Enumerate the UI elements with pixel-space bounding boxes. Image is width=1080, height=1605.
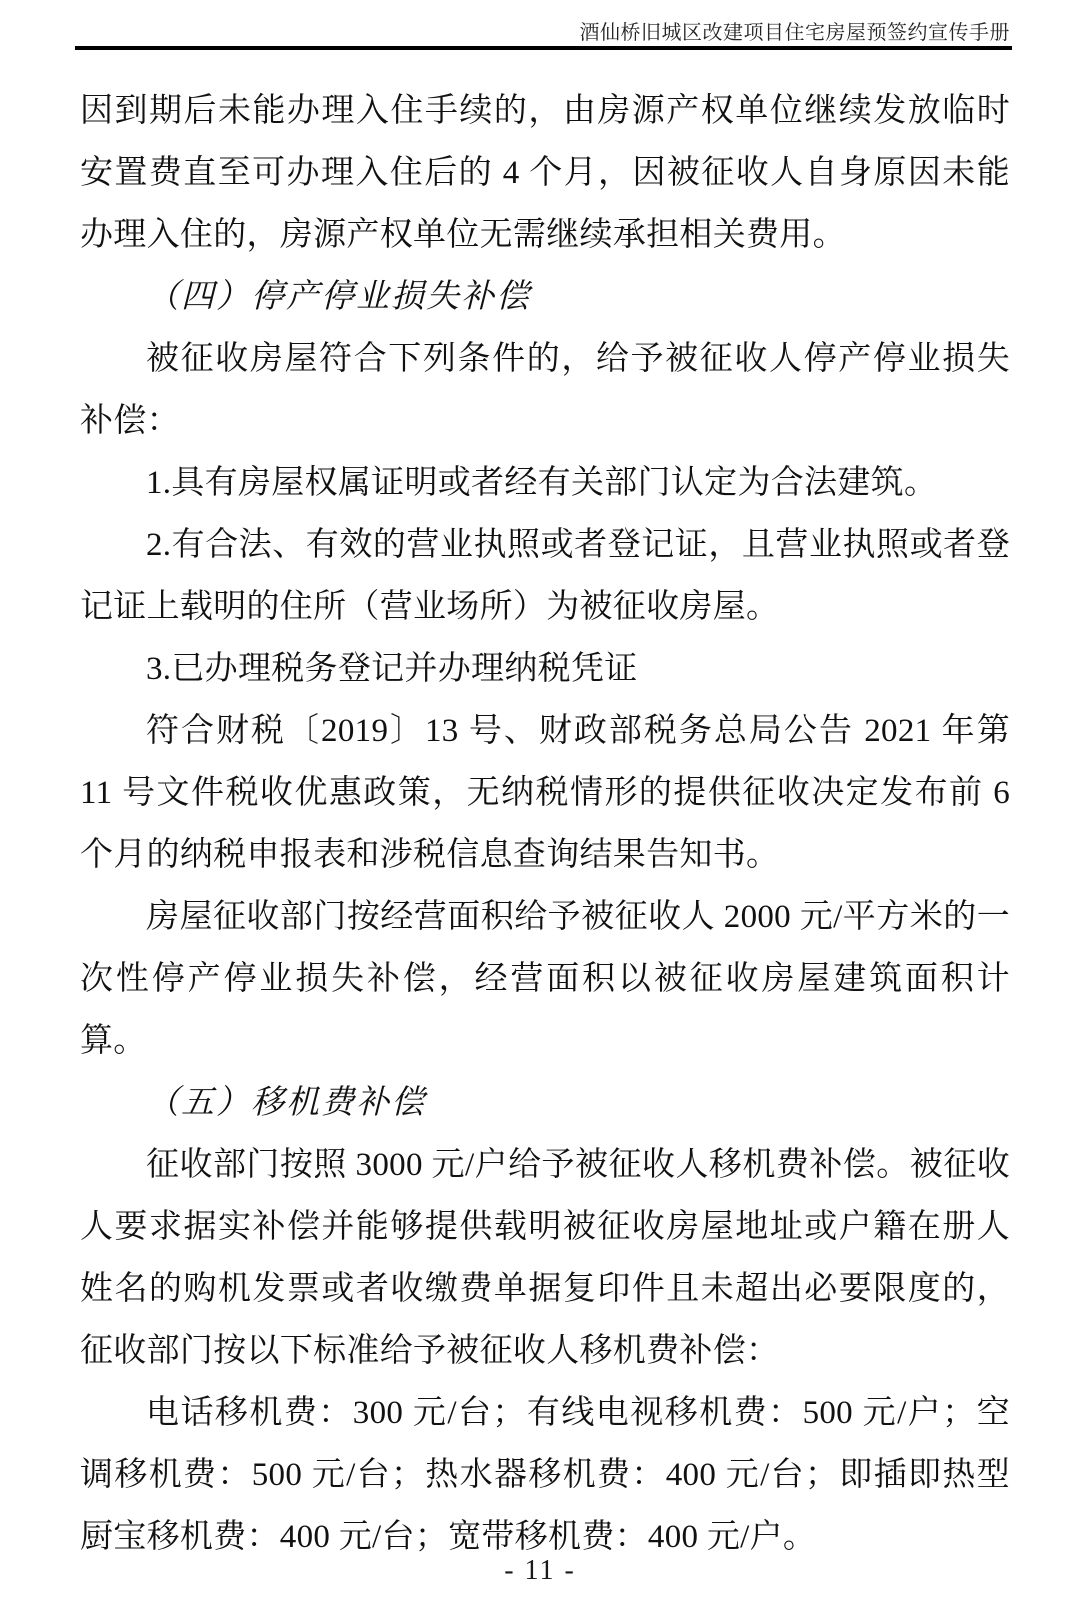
section-heading-5-relocation-fee-compensation: （五）移机费补偿 [80,1072,1010,1134]
document-body: 因到期后未能办理入住手续的，由房源产权单位继续发放临时安置费直至可办理入住后的 … [80,80,1010,1568]
list-item-2-business-license: 2.有合法、有效的营业执照或者登记证，且营业执照或者登记证上载明的住所（营业场所… [80,514,1010,638]
paragraph-temporary-resettlement-fee: 因到期后未能办理入住手续的，由房源产权单位继续发放临时安置费直至可办理入住后的 … [80,80,1010,266]
list-item-3-tax-registration: 3.已办理税务登记并办理纳税凭证 [80,638,1010,700]
paragraph-relocation-fee-policy: 征收部门按照 3000 元/户给予被征收人移机费补偿。被征收人要求据实补偿并能够… [80,1134,1010,1382]
paragraph-business-loss-compensation-standard: 房屋征收部门按经营面积给予被征收人 2000 元/平方米的一次性停产停业损失补偿… [80,886,1010,1072]
page-header-title: 酒仙桥旧城区改建项目住宅房屋预签约宣传手册 [75,20,1010,46]
page-number: - 11 - [0,1555,1080,1587]
paragraph-compensation-conditions-intro: 被征收房屋符合下列条件的，给予被征收人停产停业损失补偿： [80,328,1010,452]
document-page: 酒仙桥旧城区改建项目住宅房屋预签约宣传手册 因到期后未能办理入住手续的，由房源产… [0,0,1080,1605]
header-divider-rule [75,46,1012,50]
paragraph-relocation-fee-standards-list: 电话移机费：300 元/台；有线电视移机费：500 元/户；空调移机费：500 … [80,1382,1010,1568]
list-item-1-property-ownership-proof: 1.具有房屋权属证明或者经有关部门认定为合法建筑。 [80,452,1010,514]
paragraph-tax-policy-documents: 符合财税〔2019〕13 号、财政部税务总局公告 2021 年第 11 号文件税… [80,700,1010,886]
section-heading-4-business-loss-compensation: （四）停产停业损失补偿 [80,266,1010,328]
